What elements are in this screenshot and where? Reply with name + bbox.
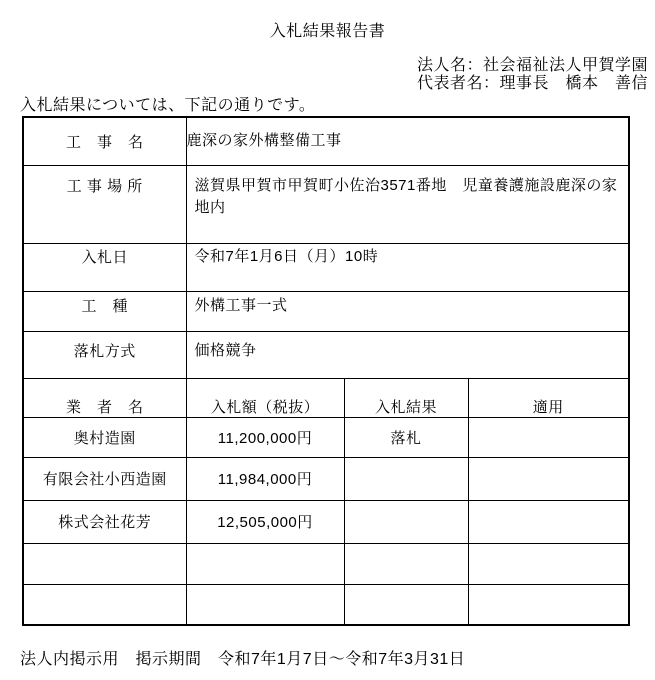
row-value: 令和7年1月6日（月）10時	[186, 243, 629, 291]
note-cell	[468, 584, 629, 625]
vendor-cell	[23, 543, 186, 584]
document-page: 入札結果報告書 法人名：社会福祉法人甲賀学園 代表者名：理事長 橋本 善信 入札…	[0, 0, 655, 680]
bid-header-row: 業 者 名 入札額（税抜） 入札結果 適用	[23, 378, 629, 417]
detail-row-award-method: 落札方式 価格競争	[23, 331, 629, 378]
result-cell	[344, 457, 468, 500]
intro-line: 入札結果については、下記の通りです。	[20, 92, 315, 115]
posting-period-note: 法人内掲示用 掲示期間 令和7年1月7日～令和7年3月31日	[20, 646, 465, 669]
row-label: 落札方式	[23, 331, 186, 378]
note-cell	[468, 457, 629, 500]
row-label: 工 種	[23, 291, 186, 331]
vendor-cell	[23, 584, 186, 625]
row-label: 入札日	[23, 243, 186, 291]
note-cell	[468, 543, 629, 584]
amount-cell	[186, 543, 344, 584]
column-header-amount: 入札額（税抜）	[186, 378, 344, 417]
row-label: 工 事 名	[23, 117, 186, 165]
column-header-note: 適用	[468, 378, 629, 417]
result-cell	[344, 500, 468, 543]
row-value: 価格競争	[186, 331, 629, 378]
detail-row-work-type: 工 種 外構工事一式	[23, 291, 629, 331]
row-label: 工 事 場 所	[23, 165, 186, 243]
detail-row-site: 工 事 場 所 滋賀県甲賀市甲賀町小佐治3571番地 児童養護施設鹿深の家地内	[23, 165, 629, 243]
bid-row: 有限会社小西造園 11,984,000円	[23, 457, 629, 500]
detail-row-project-name: 工 事 名 鹿深の家外構整備工事	[23, 117, 629, 165]
bid-row: 奥村造園 11,200,000円 落札	[23, 417, 629, 457]
result-cell: 落札	[344, 417, 468, 457]
result-cell	[344, 584, 468, 625]
row-value: 滋賀県甲賀市甲賀町小佐治3571番地 児童養護施設鹿深の家地内	[186, 165, 629, 243]
corporation-name-line: 法人名：社会福祉法人甲賀学園	[417, 57, 648, 75]
note-cell	[468, 417, 629, 457]
vendor-cell: 株式会社花芳	[23, 500, 186, 543]
row-value: 外構工事一式	[186, 291, 629, 331]
bid-row: 株式会社花芳 12,505,000円	[23, 500, 629, 543]
representative-name-line: 代表者名：理事長 橋本 善信	[417, 75, 648, 93]
vendor-cell: 有限会社小西造園	[23, 457, 186, 500]
column-header-result: 入札結果	[344, 378, 468, 417]
amount-cell: 11,984,000円	[186, 457, 344, 500]
note-cell	[468, 500, 629, 543]
detail-row-bid-date: 入札日 令和7年1月6日（月）10時	[23, 243, 629, 291]
bid-row-empty	[23, 543, 629, 584]
result-cell	[344, 543, 468, 584]
vendor-cell: 奥村造園	[23, 417, 186, 457]
bid-row-empty	[23, 584, 629, 625]
amount-cell: 12,505,000円	[186, 500, 344, 543]
amount-cell	[186, 584, 344, 625]
bid-report-table: 工 事 名 鹿深の家外構整備工事 工 事 場 所 滋賀県甲賀市甲賀町小佐治357…	[22, 116, 630, 626]
column-header-vendor: 業 者 名	[23, 378, 186, 417]
amount-cell: 11,200,000円	[186, 417, 344, 457]
row-value: 鹿深の家外構整備工事	[186, 117, 629, 165]
document-title: 入札結果報告書	[0, 18, 655, 41]
letterhead: 法人名：社会福祉法人甲賀学園 代表者名：理事長 橋本 善信	[417, 57, 648, 93]
